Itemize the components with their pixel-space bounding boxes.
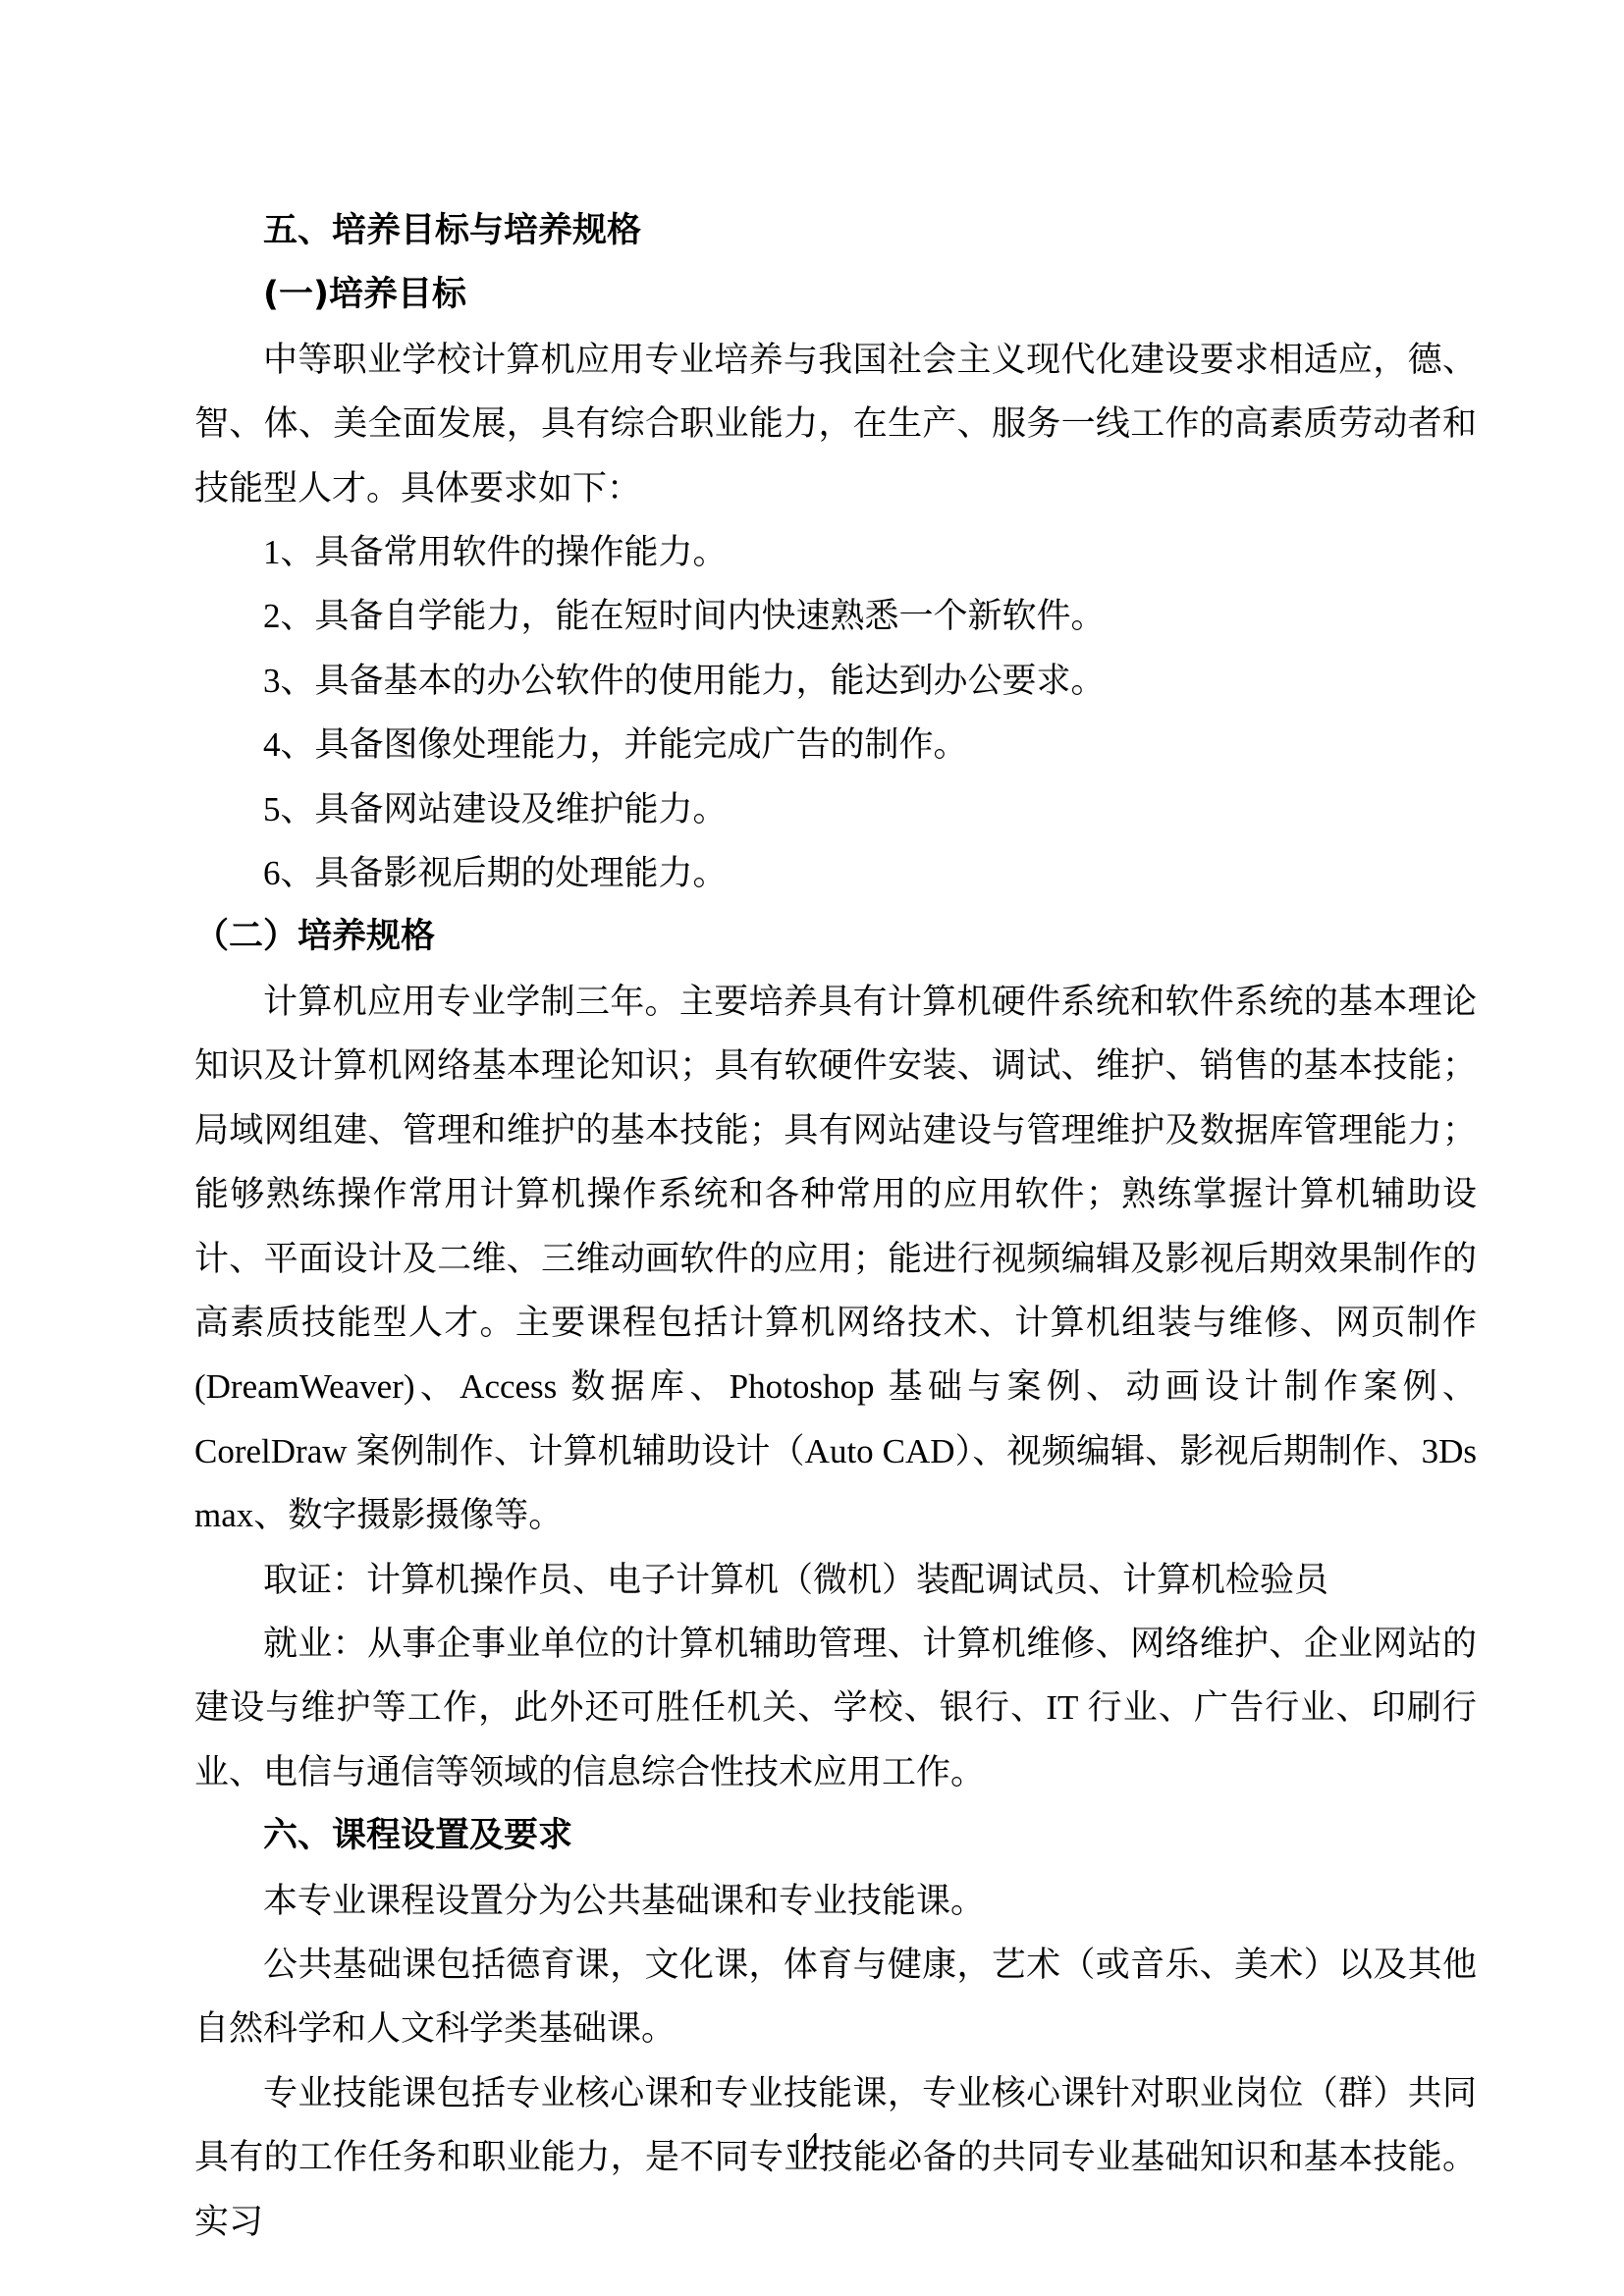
section-heading-6: 六、课程设置及要求: [194, 1804, 1477, 1868]
paragraph-training-goal: 中等职业学校计算机应用专业培养与我国社会主义现代化建设要求相适应，德、智、体、美…: [194, 328, 1477, 520]
list-item-5: 5、具备网站建设及维护能力。: [194, 777, 1477, 841]
paragraph-certificates: 取证：计算机操作员、电子计算机（微机）装配调试员、计算机检验员: [194, 1548, 1477, 1612]
section-heading-5: 五、培养目标与培养规格: [194, 199, 1477, 263]
paragraph-training-specs: 计算机应用专业学制三年。主要培养具有计算机硬件系统和软件系统的基本理论知识及计算…: [194, 970, 1477, 1548]
page-number: - 4 -: [0, 2125, 1624, 2161]
subsection-heading-2: （二）培养规格: [194, 905, 1477, 969]
subsection-heading-1: (一)培养目标: [194, 263, 1477, 327]
paragraph-course-overview: 本专业课程设置分为公共基础课和专业技能课。: [194, 1869, 1477, 1933]
list-item-2: 2、具备自学能力，能在短时间内快速熟悉一个新软件。: [194, 584, 1477, 648]
list-item-1: 1、具备常用软件的操作能力。: [194, 520, 1477, 584]
document-body: 五、培养目标与培养规格 (一)培养目标 中等职业学校计算机应用专业培养与我国社会…: [194, 199, 1477, 2254]
list-item-3: 3、具备基本的办公软件的使用能力，能达到办公要求。: [194, 649, 1477, 713]
list-item-4: 4、具备图像处理能力，并能完成广告的制作。: [194, 713, 1477, 776]
paragraph-public-basic-courses: 公共基础课包括德育课，文化课，体育与健康，艺术（或音乐、美术）以及其他自然科学和…: [194, 1933, 1477, 2061]
list-item-6: 6、具备影视后期的处理能力。: [194, 841, 1477, 905]
document-page: 五、培养目标与培养规格 (一)培养目标 中等职业学校计算机应用专业培养与我国社会…: [0, 0, 1624, 2296]
paragraph-employment: 就业：从事企事业单位的计算机辅助管理、计算机维修、网络维护、企业网站的建设与维护…: [194, 1612, 1477, 1804]
